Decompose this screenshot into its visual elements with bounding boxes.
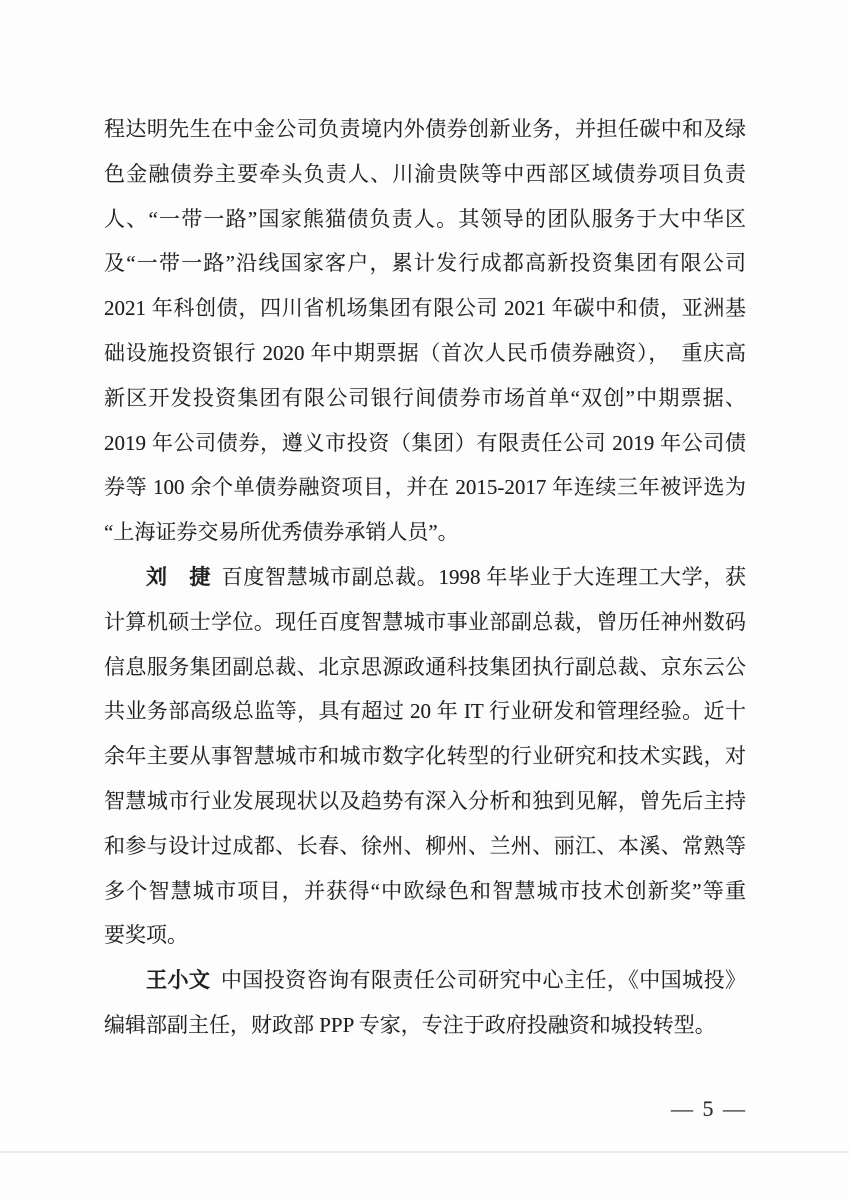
- text-line: 券等 100 余个单债券融资项目，并在 2015-2017 年连续三年被评选为: [104, 465, 746, 510]
- text-line: 信息服务集团副总裁、北京思源政通科技集团执行副总裁、京东云公: [104, 645, 746, 690]
- text-line: 王小文中国投资咨询有限责任公司研究中心主任，《中国城投》: [104, 958, 746, 1003]
- text-line: 编辑部副主任，财政部 PPP 专家，专注于政府投融资和城投转型。: [104, 1003, 746, 1048]
- text-run: 中国投资咨询有限责任公司研究中心主任，《中国城投》: [221, 968, 746, 992]
- paragraph-cheng-daming: 程达明先生在中金公司负责境内外债券创新业务，并担任碳中和及绿 色金融债券主要牵头…: [104, 107, 746, 555]
- text-line: 人、“一带一路”国家熊猫债负责人。其领导的团队服务于大中华区: [104, 197, 746, 242]
- text-line: 2019 年公司债券，遵义市投资（集团）有限责任公司 2019 年公司债: [104, 421, 746, 466]
- scanned-document-page: { "page_number": "— 5 —", "content": { "…: [0, 0, 849, 1200]
- text-line: 刘 捷百度智慧城市副总裁。1998 年毕业于大连理工大学，获: [104, 555, 746, 600]
- text-line: 智慧城市行业发展现状以及趋势有深入分析和独到见解，曾先后主持: [104, 779, 746, 824]
- text-line: 共业务部高级总监等，具有超过 20 年 IT 行业研发和管理经验。近十: [104, 689, 746, 734]
- text-line: 计算机硕士学位。现任百度智慧城市事业部副总裁，曾历任神州数码: [104, 600, 746, 645]
- text-line: 和参与设计过成都、长春、徐州、柳州、兰州、丽江、本溪、常熟等: [104, 824, 746, 869]
- text-line: 余年主要从事智慧城市和城市数字化转型的行业研究和技术实践，对: [104, 734, 746, 779]
- text-line: 新区开发投资集团有限公司银行间债券市场首单“双创”中期票据、: [104, 376, 746, 421]
- text-line: 要奖项。: [104, 913, 746, 958]
- text-line: 础设施投资银行 2020 年中期票据（首次人民币债券融资）， 重庆高: [104, 331, 746, 376]
- text-line: 2021 年科创债，四川省机场集团有限公司 2021 年碳中和债，亚洲基: [104, 286, 746, 331]
- page: 程达明先生在中金公司负责境内外债券创新业务，并担任碳中和及绿 色金融债券主要牵头…: [0, 0, 849, 1200]
- text-line: 多个智慧城市项目，并获得“中欧绿色和智慧城市技术创新奖”等重: [104, 869, 746, 914]
- text-line: 及“一带一路”沿线国家客户，累计发行成都高新投资集团有限公司: [104, 241, 746, 286]
- text-line: 程达明先生在中金公司负责境内外债券创新业务，并担任碳中和及绿: [104, 107, 746, 152]
- page-number: — 5 —: [671, 1094, 747, 1124]
- person-name-wang-xiaowen: 王小文: [146, 968, 210, 992]
- paragraph-wang-xiaowen: 王小文中国投资咨询有限责任公司研究中心主任，《中国城投》 编辑部副主任，财政部 …: [104, 958, 746, 1048]
- text-block: 程达明先生在中金公司负责境内外债券创新业务，并担任碳中和及绿 色金融债券主要牵头…: [104, 107, 746, 1048]
- text-line: “上海证券交易所优秀债券承销人员”。: [104, 510, 746, 555]
- scan-artifact-line: [0, 1151, 849, 1153]
- text-run: 百度智慧城市副总裁。1998 年毕业于大连理工大学，获: [222, 565, 746, 589]
- person-name-liu-jie: 刘 捷: [146, 565, 211, 589]
- paragraph-liu-jie: 刘 捷百度智慧城市副总裁。1998 年毕业于大连理工大学，获 计算机硕士学位。现…: [104, 555, 746, 958]
- text-line: 色金融债券主要牵头负责人、川渝贵陕等中西部区域债券项目负责: [104, 152, 746, 197]
